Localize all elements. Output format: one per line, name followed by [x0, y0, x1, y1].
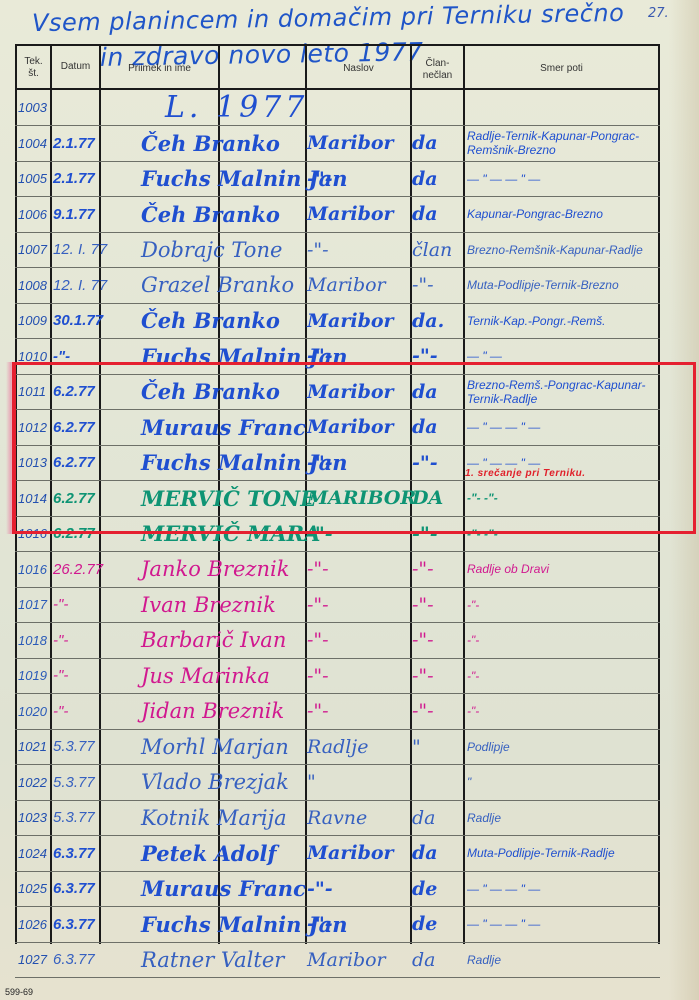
row-date: -"- [53, 587, 137, 622]
row-route: Muta-Podlipje-Ternik-Brezno [467, 268, 667, 303]
row-route: " [467, 765, 667, 800]
table-row: 10225.3.77Vlado Brezjak"" [15, 765, 660, 801]
row-number: 1019 [18, 658, 51, 693]
table-row: 1017-"-Ivan Breznik-"--"--"- [15, 587, 660, 623]
row-address: Maribor [307, 268, 407, 303]
row-name: Ratner Valter [141, 942, 321, 977]
table-row: 10246.3.77Petek AdolfMaribordaMuta-Podli… [15, 836, 660, 872]
row-name: Čeh Branko [141, 303, 321, 338]
row-address: -"- [307, 871, 407, 906]
header-datum: Datum [52, 61, 99, 73]
row-address: -"- [307, 907, 407, 942]
row-member: da [412, 836, 460, 871]
row-address: Maribor [307, 942, 407, 977]
form-code: 599-69 [5, 987, 33, 997]
row-date: 6.3.77 [53, 942, 137, 977]
row-address: -"- [307, 232, 407, 267]
table-row: 10215.3.77Morhl MarjanRadlje"Podlipje [15, 729, 660, 765]
row-address: -"- [307, 161, 407, 196]
row-number: 1025 [18, 871, 51, 906]
row-route: Kapunar-Pongrac-Brezno [467, 197, 667, 232]
table-row: 1019-"-Jus Marinka-"--"--"- [15, 658, 660, 694]
table-row: 10276.3.77Ratner ValterMaribordaRadlje [15, 942, 660, 978]
row-route: Radlje [467, 942, 667, 977]
row-name: Čeh Branko [141, 197, 321, 232]
row-date [53, 90, 137, 125]
row-member: da [412, 161, 460, 196]
row-name: Kotnik Marija [141, 800, 321, 835]
table-row: 100712. I. 77Dobrajc Tone-"-članBrezno-R… [15, 232, 660, 268]
row-number: 1005 [18, 161, 51, 196]
row-date: 5.3.77 [53, 765, 137, 800]
row-date: 9.1.77 [53, 197, 137, 232]
row-member: de [412, 907, 460, 942]
row-name: Jus Marinka [141, 658, 321, 693]
row-number: 1017 [18, 587, 51, 622]
row-route: Radlje ob Dravi [467, 552, 667, 587]
page-number: 27. [648, 6, 669, 21]
row-number: 1021 [18, 729, 51, 764]
row-route: -"- [467, 694, 667, 729]
row-route: Podlipje [467, 729, 667, 764]
table-top-border [15, 44, 660, 46]
row-number: 1018 [18, 623, 51, 658]
row-address: Maribor [307, 197, 407, 232]
row-member: de [412, 871, 460, 906]
row-route [467, 90, 667, 125]
row-member: da [412, 942, 460, 977]
header-priimek: Priimek in ime [101, 63, 218, 75]
row-address: Maribor [307, 126, 407, 161]
table-row: 10256.3.77Muraus Franc-"-de— " — — " — [15, 871, 660, 907]
row-name: Grazel Branko [141, 268, 321, 303]
row-name: Barbarič Ivan [141, 623, 321, 658]
row-name: Fuchs Malnin Jan [141, 907, 321, 942]
row-route: Radlje [467, 800, 667, 835]
row-member: da [412, 197, 460, 232]
row-date: -"- [53, 658, 137, 693]
row-date: 12. I. 77 [53, 268, 137, 303]
row-number: 1004 [18, 126, 51, 161]
row-date: 5.3.77 [53, 729, 137, 764]
row-route: — " — — " — [467, 907, 667, 942]
row-address: -"- [307, 587, 407, 622]
row-address: -"- [307, 623, 407, 658]
row-member: da [412, 126, 460, 161]
row-number: 1007 [18, 232, 51, 267]
row-route: — " — — " — [467, 871, 667, 906]
row-number: 1026 [18, 907, 51, 942]
row-route: Muta-Podlipje-Ternik-Radlje [467, 836, 667, 871]
row-name: Jidan Breznik [141, 694, 321, 729]
row-member: -"- [412, 623, 460, 658]
row-route: -"- [467, 623, 667, 658]
row-date: 6.3.77 [53, 871, 137, 906]
row-number: 1022 [18, 765, 51, 800]
row-date: -"- [53, 694, 137, 729]
row-address: Ravne [307, 800, 407, 835]
row-member: -"- [412, 658, 460, 693]
row-member: -"- [412, 587, 460, 622]
red-highlight-box [12, 362, 696, 534]
row-date: 12. I. 77 [53, 232, 137, 267]
row-number: 1020 [18, 694, 51, 729]
table-row: 1018-"-Barbarič Ivan-"--"--"- [15, 623, 660, 659]
row-member: -"- [412, 694, 460, 729]
row-number: 1016 [18, 552, 51, 587]
row-route: Ternik-Kap.-Pongr.-Remš. [467, 303, 667, 338]
heading-line-1: Vsem planincem in domačim pri Terniku sr… [32, 0, 625, 37]
row-member: član [412, 232, 460, 267]
table-row: 10266.3.77Fuchs Malnin Jan-"-de— " — — "… [15, 907, 660, 943]
row-member [412, 765, 460, 800]
row-date: 26.2.77 [53, 552, 137, 587]
row-member: -"- [412, 268, 460, 303]
row-date: 2.1.77 [53, 161, 137, 196]
row-name: Dobrajc Tone [141, 232, 321, 267]
row-address: Maribor [307, 303, 407, 338]
row-route: — " — — " — [467, 161, 667, 196]
row-member [412, 90, 460, 125]
row-address [307, 90, 407, 125]
table-row: 1003L. 1977 [15, 90, 660, 126]
row-address: -"- [307, 658, 407, 693]
table-row: 10235.3.77Kotnik MarijaRavnedaRadlje [15, 800, 660, 836]
row-member: da. [412, 303, 460, 338]
row-member: da [412, 800, 460, 835]
row-number: 1003 [18, 90, 51, 125]
table-row: 100930.1.77Čeh BrankoMariborda.Ternik-Ka… [15, 303, 660, 339]
table-row: 100812. I. 77Grazel BrankoMaribor-"-Muta… [15, 268, 660, 304]
row-number: 1027 [18, 942, 51, 977]
row-route: Radlje-Ternik-Kapunar-Pongrac-Remšnik-Br… [467, 126, 667, 161]
row-name: Fuchs Malnin Jan [141, 161, 321, 196]
row-number: 1024 [18, 836, 51, 871]
meeting-annotation: 1. srečanje pri Terniku. [465, 468, 586, 479]
row-number: 1009 [18, 303, 51, 338]
row-address: Maribor [307, 836, 407, 871]
header-clan: Član- nečlan [412, 58, 463, 82]
row-number: 1023 [18, 800, 51, 835]
row-name: Vlado Brezjak [141, 765, 321, 800]
row-name: Morhl Marjan [141, 729, 321, 764]
row-number: 1006 [18, 197, 51, 232]
row-route: -"- [467, 658, 667, 693]
row-name: Ivan Breznik [141, 587, 321, 622]
row-date: 30.1.77 [53, 303, 137, 338]
row-route: -"- [467, 587, 667, 622]
row-date: -"- [53, 623, 137, 658]
row-name: Petek Adolf [141, 836, 321, 871]
row-date: 6.3.77 [53, 836, 137, 871]
row-name: Čeh Branko [141, 126, 321, 161]
row-address: " [307, 765, 407, 800]
row-name: Janko Breznik [141, 552, 321, 587]
table-row: 1020-"-Jidan Breznik-"--"--"- [15, 694, 660, 730]
row-date: 5.3.77 [53, 800, 137, 835]
table-row: 10069.1.77Čeh BrankoMaribordaKapunar-Pon… [15, 197, 660, 233]
header-tek-st: Tek. št. [17, 56, 50, 80]
row-route: Brezno-Remšnik-Kapunar-Radlje [467, 232, 667, 267]
row-address: -"- [307, 552, 407, 587]
row-address: -"- [307, 694, 407, 729]
header-smer-poti: Smer poti [465, 63, 658, 75]
row-number: 1008 [18, 268, 51, 303]
row-member: " [412, 729, 460, 764]
row-date: 2.1.77 [53, 126, 137, 161]
row-date: 6.3.77 [53, 907, 137, 942]
row-member: -"- [412, 552, 460, 587]
header-naslov: Naslov [307, 63, 410, 75]
table-row: 10042.1.77Čeh BrankoMaribordaRadlje-Tern… [15, 126, 660, 162]
row-address: Radlje [307, 729, 407, 764]
row-name: Muraus Franc [141, 871, 321, 906]
table-row: 10052.1.77Fuchs Malnin Jan-"-da— " — — "… [15, 161, 660, 197]
table-row: 101626.2.77Janko Breznik-"--"-Radlje ob … [15, 552, 660, 588]
